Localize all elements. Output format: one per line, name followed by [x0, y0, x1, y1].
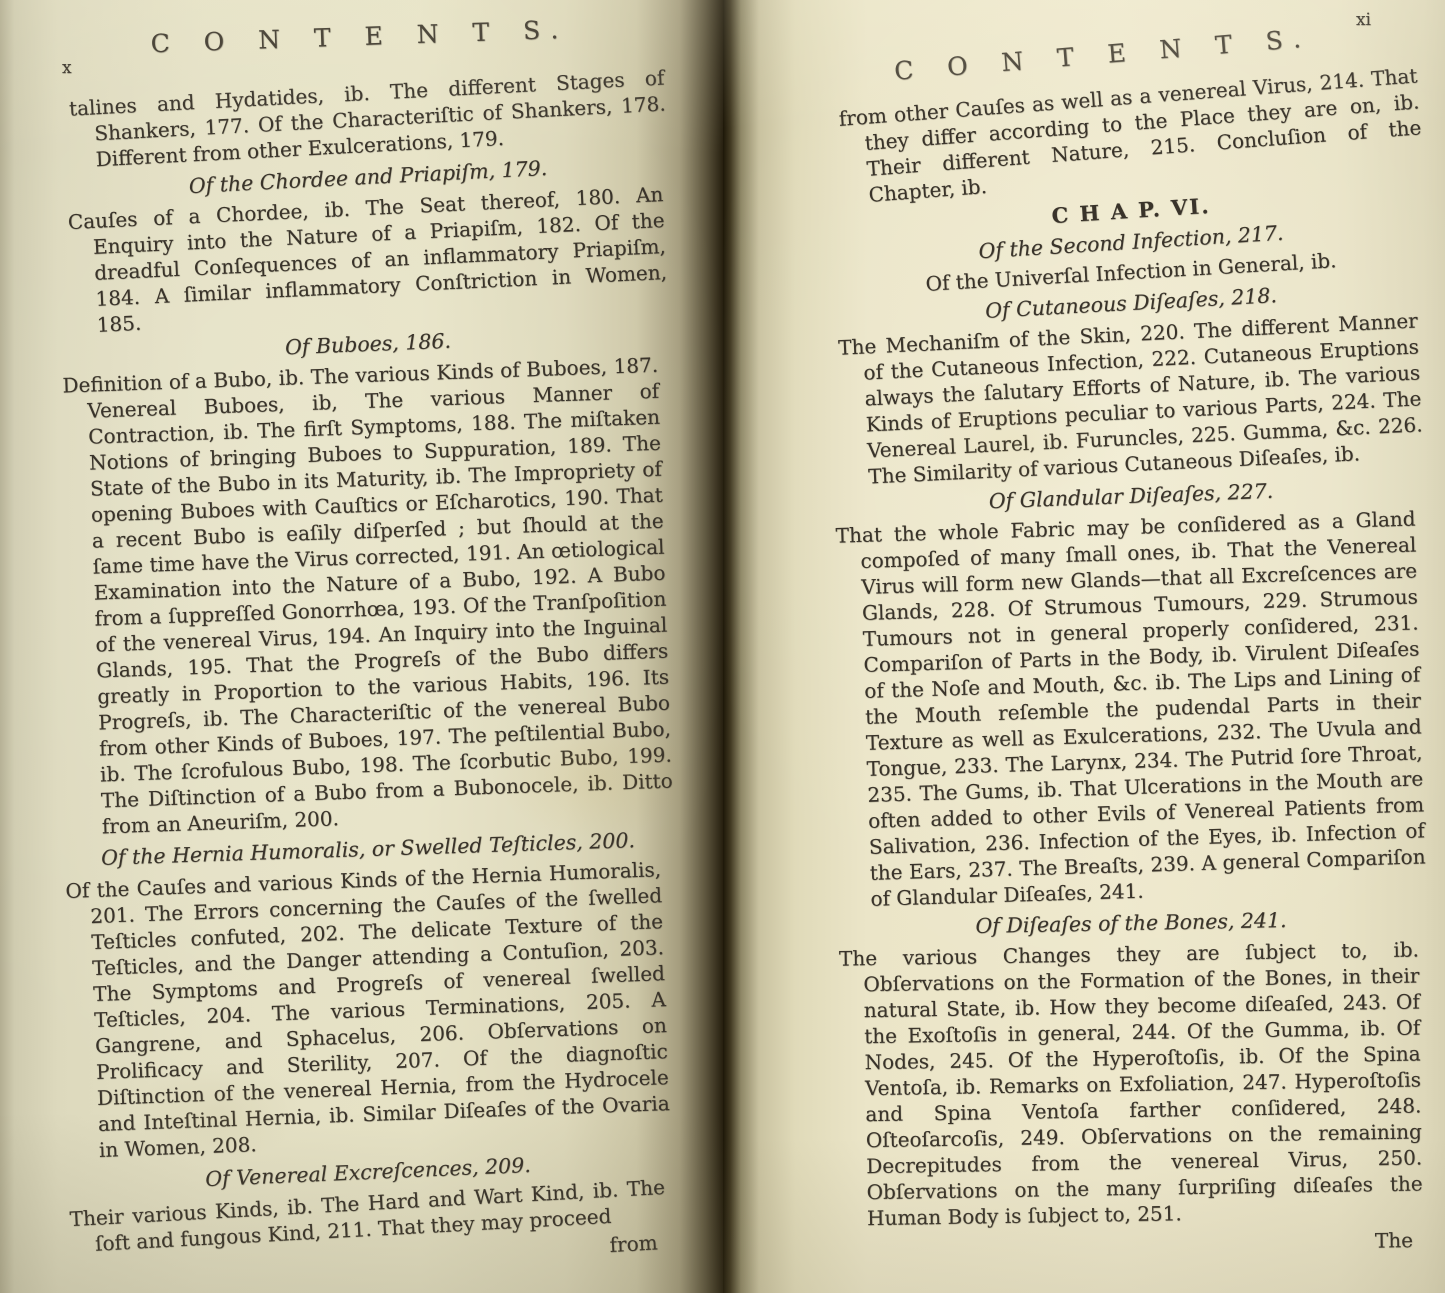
left-page: C O N T E N T S. x talines and Hydatides… — [0, 0, 723, 1293]
section-heading-bones: Of Diſeaſes of the Bones, 241. — [841, 905, 1421, 940]
catchword-right: The — [841, 1228, 1421, 1260]
running-title-left: C O N T E N T S. — [100, 13, 621, 60]
page-number-right: xi — [1356, 10, 1371, 30]
right-page: C O N T E N T S. xi from other Cauſes as… — [723, 0, 1445, 1293]
left-page-text: talines and Hydatides, ib. The different… — [70, 80, 666, 1271]
contents-entry: The Mechaniſm of the Skin, 220. The diff… — [838, 307, 1425, 490]
contents-entry: That the whole Fabric may be conſidered … — [835, 505, 1426, 912]
contents-entry: Cauſes of a Chordee, ib. The Seat thereo… — [67, 181, 668, 339]
page-number-left: x — [62, 58, 72, 78]
contents-entry: Definition of a Bubo, ib. The various Ki… — [62, 352, 674, 841]
book-spread: C O N T E N T S. x talines and Hydatides… — [0, 0, 1445, 1293]
right-page-text: from other Cauſes as well as a venereal … — [841, 84, 1421, 1256]
contents-entry: The various Changes they are ſubject to,… — [839, 936, 1423, 1231]
contents-entry: Of the Cauſes and various Kinds of the H… — [65, 856, 671, 1164]
